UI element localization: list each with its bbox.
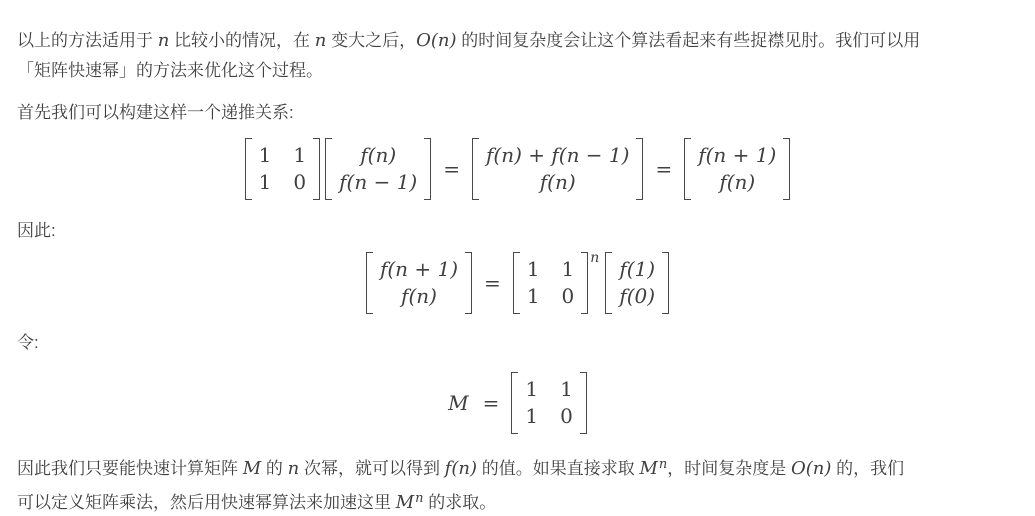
result-vector: f(n + 1) f(n) <box>684 138 790 200</box>
matrix-cell: f(n) <box>378 283 460 310</box>
paragraph-method-limitation: 以上的方法适用于 n 比较小的情况，在 n 变大之后，O(n) 的时间复杂度会让… <box>17 26 1018 86</box>
text-run: 因此我们只要能快速计算矩阵 <box>17 459 243 478</box>
document-content: 以上的方法适用于 n 比较小的情况，在 n 变大之后，O(n) 的时间复杂度会让… <box>0 0 1035 516</box>
math-var-m: M <box>639 458 657 479</box>
left-bracket <box>684 138 691 200</box>
matrix-cell: 1 <box>525 256 542 283</box>
matrix-cell: f(n) <box>696 169 778 196</box>
right-bracket <box>580 372 587 434</box>
state-vector: f(n) f(n − 1) <box>325 138 431 200</box>
right-bracket <box>465 252 472 314</box>
math-big-o-n: O(n) <box>416 30 456 51</box>
text-run: 比较小的情况，在 <box>169 31 314 50</box>
text-run: 的求取。 <box>424 493 497 512</box>
right-bracket <box>783 138 790 200</box>
matrix-cell: 1 <box>523 403 540 430</box>
math-var-n: n <box>315 30 327 51</box>
text-run: 的值。如果直接求取 <box>477 459 639 478</box>
coefficient-matrix: 1 1 1 0 <box>513 252 588 314</box>
matrix-cell: 0 <box>558 403 575 430</box>
text-run: 以上的方法适用于 <box>17 31 158 50</box>
matrix-cell: f(n) <box>337 142 419 169</box>
matrix-cell: 1 <box>257 142 274 169</box>
text-run: 次幂，就可以得到 <box>299 459 444 478</box>
equals-sign: = <box>484 271 501 295</box>
paragraph-conclusion: 因此我们只要能快速计算矩阵 M 的 n 次幂，就可以得到 f(n) 的值。如果直… <box>17 450 1018 516</box>
matrix-cell: 0 <box>560 283 577 310</box>
matrix-cell: f(n + 1) <box>378 256 460 283</box>
equals-sign: = <box>483 391 500 415</box>
matrix-cell: 1 <box>558 376 575 403</box>
right-bracket <box>581 252 588 314</box>
equals-sign: = <box>655 157 672 181</box>
math-var-n: n <box>288 458 300 479</box>
text-run: 可以定义矩阵乘法，然后用快速幂算法来加速这里 <box>17 493 396 512</box>
matrix-cell: f(n − 1) <box>337 169 419 196</box>
matrix-cell: f(n) + f(n − 1) <box>484 142 631 169</box>
text-run: 变大之后， <box>326 31 416 50</box>
formula-m-definition: M = 1 1 1 0 <box>17 372 1018 434</box>
left-bracket <box>513 252 520 314</box>
initial-vector: f(1) f(0) <box>605 252 669 314</box>
left-bracket <box>472 138 479 200</box>
matrix-cell: f(n) <box>484 169 631 196</box>
label-therefore: 因此: <box>17 216 1018 246</box>
equals-sign: = <box>443 157 460 181</box>
matrix-exponent-n: n <box>590 250 599 266</box>
math-var-m: M <box>396 492 414 513</box>
matrix-cell: 0 <box>291 169 308 196</box>
coefficient-matrix: 1 1 1 0 <box>245 138 320 200</box>
matrix-cell: f(1) <box>617 256 657 283</box>
text-run: 的，我们 <box>831 459 904 478</box>
math-var-m: M <box>243 458 261 479</box>
left-bracket <box>366 252 373 314</box>
right-bracket <box>313 138 320 200</box>
text-run: 的时间复杂度会让这个算法看起来有些捉襟见肘。我们可以用 <box>457 31 921 50</box>
matrix-cell: f(0) <box>617 283 657 310</box>
right-bracket <box>662 252 669 314</box>
result-vector: f(n + 1) f(n) <box>366 252 472 314</box>
matrix-cell: 1 <box>291 142 308 169</box>
matrix-cell: 1 <box>523 376 540 403</box>
sum-vector: f(n) + f(n − 1) f(n) <box>472 138 643 200</box>
math-exponent-n: n <box>415 491 423 506</box>
matrix-cell: 1 <box>525 283 542 310</box>
text-run: 的 <box>261 459 287 478</box>
coefficient-matrix: 1 1 1 0 <box>511 372 586 434</box>
formula-power: f(n + 1) f(n) = 1 1 1 0 n f(1) f(0) <box>17 252 1018 314</box>
math-var-n: n <box>158 30 170 51</box>
text-run: 「矩阵快速幂」的方法来优化这个过程。 <box>17 61 323 80</box>
left-bracket <box>511 372 518 434</box>
math-f-of-n: f(n) <box>445 458 477 479</box>
left-bracket <box>245 138 252 200</box>
paragraph-build-recurrence: 首先我们可以构建这样一个递推关系: <box>17 98 1018 128</box>
right-bracket <box>636 138 643 200</box>
matrix-cell: 1 <box>560 256 577 283</box>
left-bracket <box>325 138 332 200</box>
text-run: ，时间复杂度是 <box>667 459 791 478</box>
label-let: 令: <box>17 328 1018 358</box>
matrix-cell: 1 <box>257 169 274 196</box>
math-exponent-n: n <box>659 457 667 472</box>
left-bracket <box>605 252 612 314</box>
math-big-o-n: O(n) <box>791 458 831 479</box>
math-var-m: M <box>448 391 468 415</box>
right-bracket <box>424 138 431 200</box>
formula-recurrence: 1 1 1 0 f(n) f(n − 1) = f(n) + f(n − 1) … <box>17 138 1018 200</box>
matrix-cell: f(n + 1) <box>696 142 778 169</box>
